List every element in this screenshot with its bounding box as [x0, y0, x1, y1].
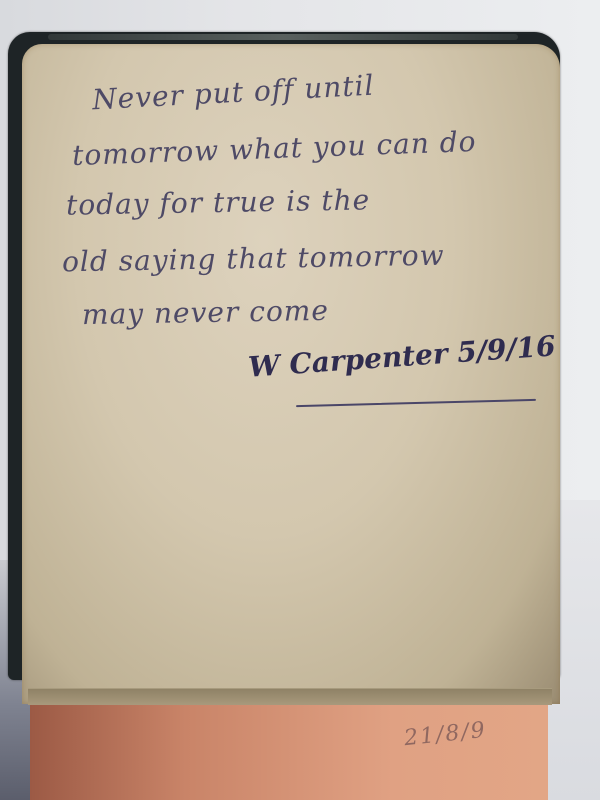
page-bottom-edge	[28, 688, 552, 705]
cover-edge-highlight	[48, 34, 518, 40]
inscription-line: may never come	[82, 294, 329, 331]
inscription-line: today for true is the	[66, 183, 371, 221]
inscription-line: old saying that tomorrow	[62, 239, 445, 279]
lower-pink-page	[30, 700, 548, 800]
